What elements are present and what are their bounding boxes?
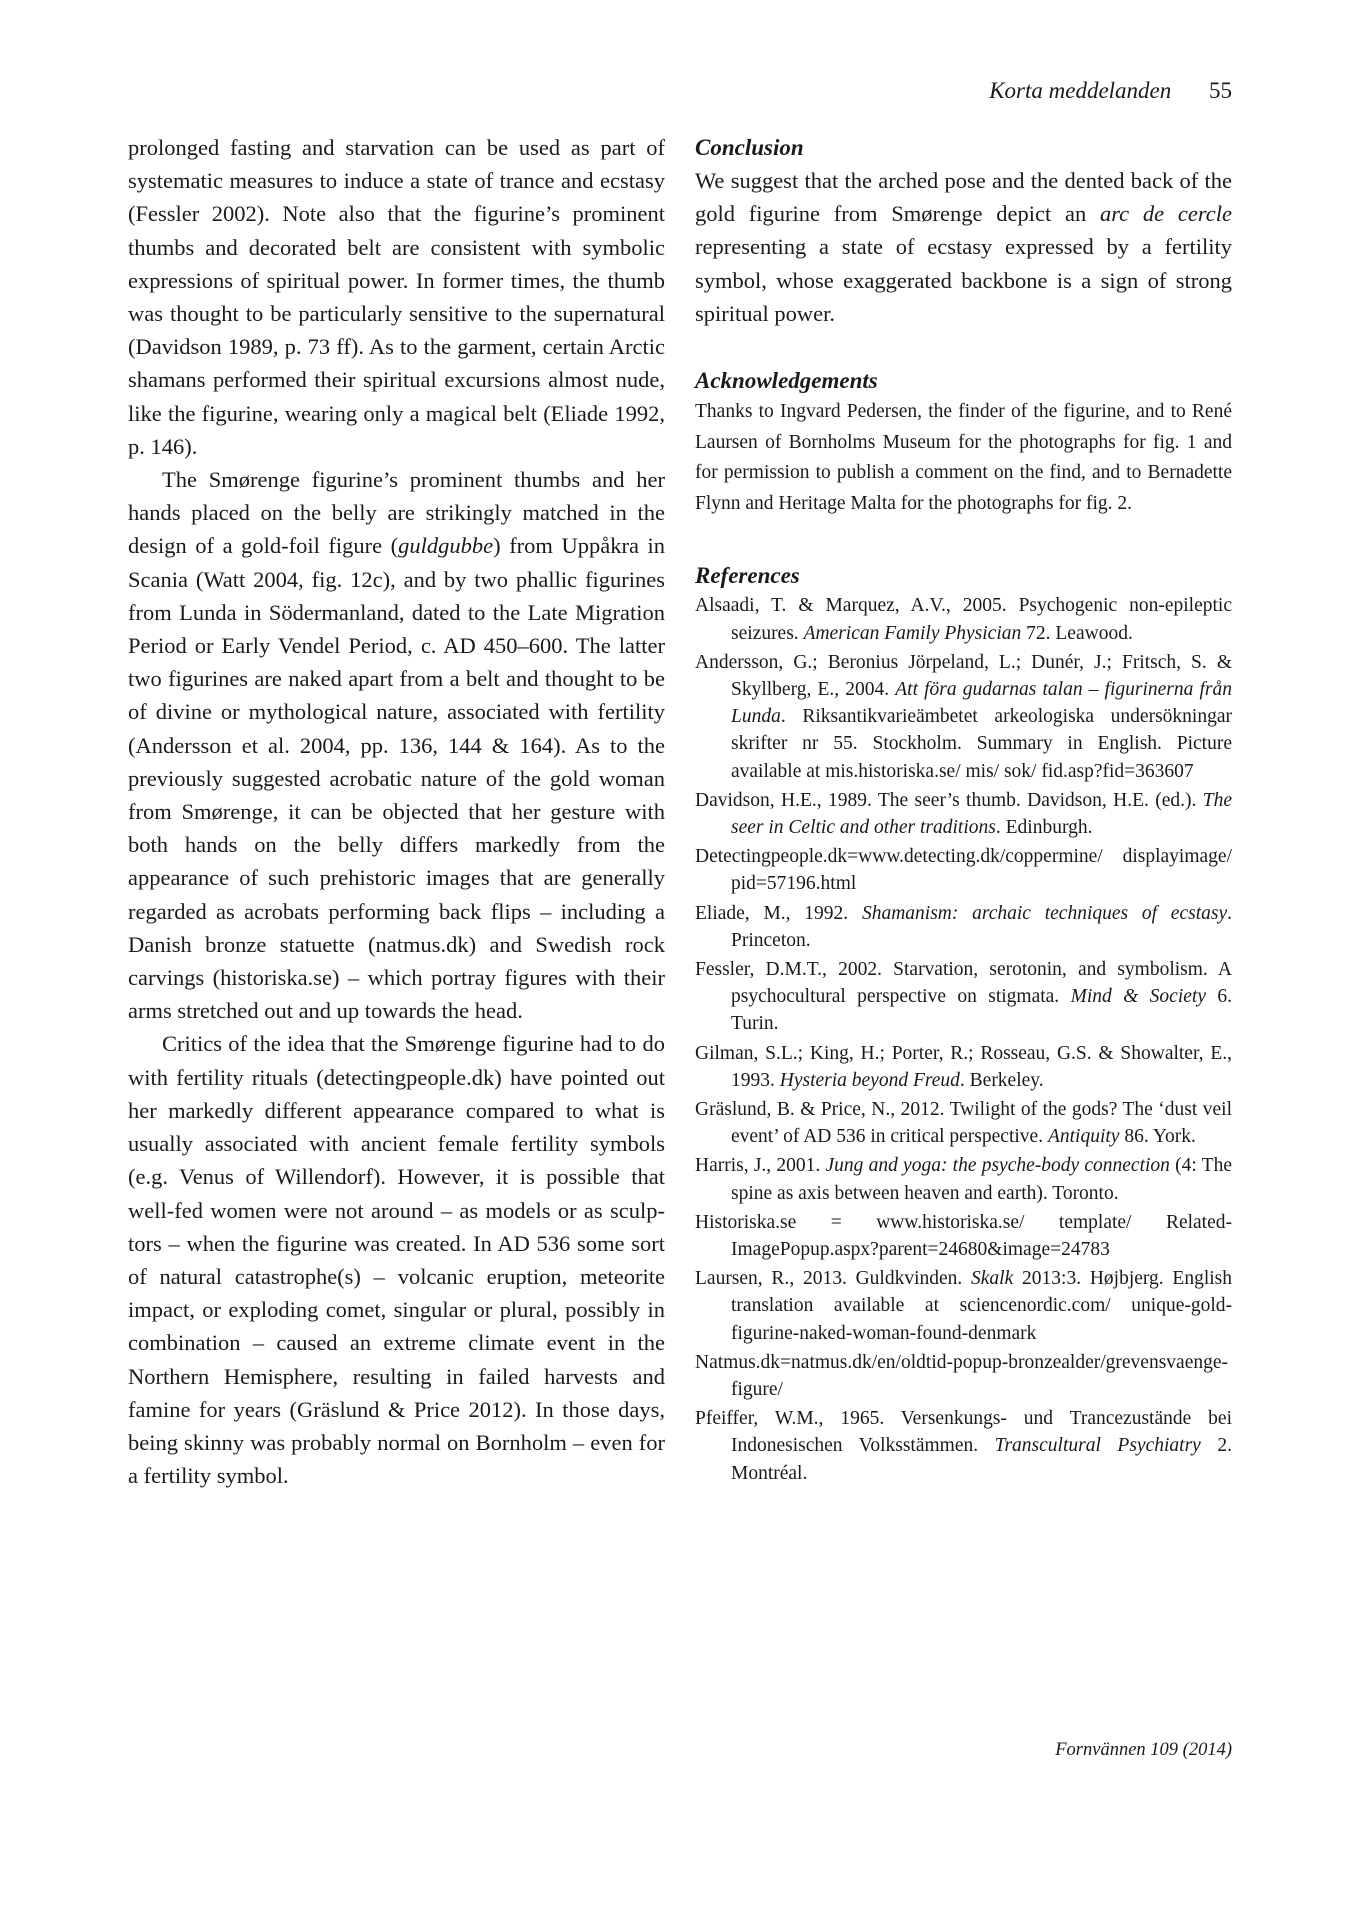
reference-item: Gräslund, B. & Price, N., 2012. Twilight… [695, 1096, 1232, 1150]
reference-text: Harris, J., 2001. [695, 1155, 825, 1176]
body-paragraph: Critics of the idea that the Smørenge fi… [128, 1027, 665, 1492]
reference-item: Alsaadi, T. & Marquez, A.V., 2005. Psych… [695, 592, 1232, 646]
italic-term: arc de cercle [1100, 201, 1232, 226]
paragraph-text: representing a state of ecstasy express­… [695, 234, 1232, 325]
references-heading: References [695, 559, 1232, 592]
reference-text: Natmus.dk=natmus.dk/en/oldtid-popup-bron… [695, 1352, 1228, 1400]
italic-term: guld­gubbe [398, 533, 493, 558]
reference-item: Eliade, M., 1992. Shamanism: archaic tec… [695, 900, 1232, 954]
conclusion-heading: Conclusion [695, 131, 1232, 164]
references-section: References Alsaadi, T. & Marquez, A.V., … [695, 559, 1232, 1487]
journal-footer: Fornvännen 109 (2014) [1055, 1740, 1232, 1761]
reference-text: Historiska.se = www.historiska.se/ templ… [695, 1212, 1232, 1260]
reference-title: American Family Physician [804, 623, 1022, 644]
reference-item: Andersson, G.; Beronius Jörpeland, L.; D… [695, 649, 1232, 785]
reference-text: . Berke­ley. [960, 1070, 1044, 1091]
right-column: Conclusion We suggest that the arched po… [695, 131, 1232, 1489]
reference-title: Hysteria beyond Freud [780, 1070, 960, 1091]
acknowledgements-text: Thanks to Ingvard Pedersen, the finder o… [695, 397, 1232, 519]
acknowledgements-section: Acknowledgements Thanks to Ingvard Peder… [695, 364, 1232, 519]
reference-item: Gilman, S.L.; King, H.; Porter, R.; Ross… [695, 1040, 1232, 1094]
page-number: 55 [1209, 78, 1232, 103]
reference-item: Davidson, H.E., 1989. The seer’s thumb. … [695, 787, 1232, 841]
reference-title: Skalk [971, 1268, 1013, 1289]
conclusion-text: We suggest that the arched pose and the … [695, 164, 1232, 330]
reference-title: Jung and yoga: the psyche-body connectio… [825, 1155, 1169, 1176]
reference-item: Detectingpeople.dk=www.detecting.dk/copp… [695, 843, 1232, 897]
reference-title: Mind & Society [1071, 986, 1206, 1007]
reference-list: Alsaadi, T. & Marquez, A.V., 2005. Psych… [695, 592, 1232, 1487]
reference-text: 86. York. [1119, 1126, 1195, 1147]
reference-text: Davidson, H.E., 1989. The seer’s thumb. … [695, 790, 1203, 811]
reference-text: 72. Leawood. [1021, 623, 1133, 644]
reference-item: Fessler, D.M.T., 2002. Starvation, serot… [695, 956, 1232, 1038]
reference-text: Eliade, M., 1992. [695, 903, 862, 924]
reference-item: Laursen, R., 2013. Guldkvinden. Skalk 20… [695, 1265, 1232, 1347]
body-paragraph: prolonged fasting and starvation can be … [128, 131, 665, 463]
conclusion-section: Conclusion We suggest that the arched po… [695, 131, 1232, 330]
paragraph-text: ) from Uppåkra in Scania (Watt 2004, fig… [128, 533, 665, 1023]
reference-item: Natmus.dk=natmus.dk/en/oldtid-popup-bron… [695, 1349, 1232, 1403]
reference-text: . Edin­burgh. [996, 817, 1093, 838]
left-column: prolonged fasting and starvation can be … [128, 131, 665, 1492]
page-header: Korta meddelanden 55 [989, 78, 1232, 104]
reference-item: Historiska.se = www.historiska.se/ templ… [695, 1209, 1232, 1263]
reference-title: Transcul­tural Psychiatry [995, 1435, 1201, 1456]
reference-text: Laursen, R., 2013. Guldkvinden. [695, 1268, 971, 1289]
running-head-section: Korta meddelanden [989, 78, 1171, 103]
body-paragraph: The Smørenge figurine’s prominent thumbs… [128, 463, 665, 1027]
reference-item: Pfeiffer, W.M., 1965. Versenkungs- und T… [695, 1405, 1232, 1487]
reference-text: . Riksantikvarieäm­betet arkeologiska un… [731, 706, 1232, 781]
reference-text: Detectingpeople.dk=www.detecting.dk/copp… [695, 846, 1232, 894]
reference-title: Shamanism: archaic techniques of ecsta­s… [862, 903, 1227, 924]
acknowledgements-heading: Acknowledgements [695, 364, 1232, 397]
reference-item: Harris, J., 2001. Jung and yoga: the psy… [695, 1152, 1232, 1206]
reference-title: Antiquity [1048, 1126, 1120, 1147]
